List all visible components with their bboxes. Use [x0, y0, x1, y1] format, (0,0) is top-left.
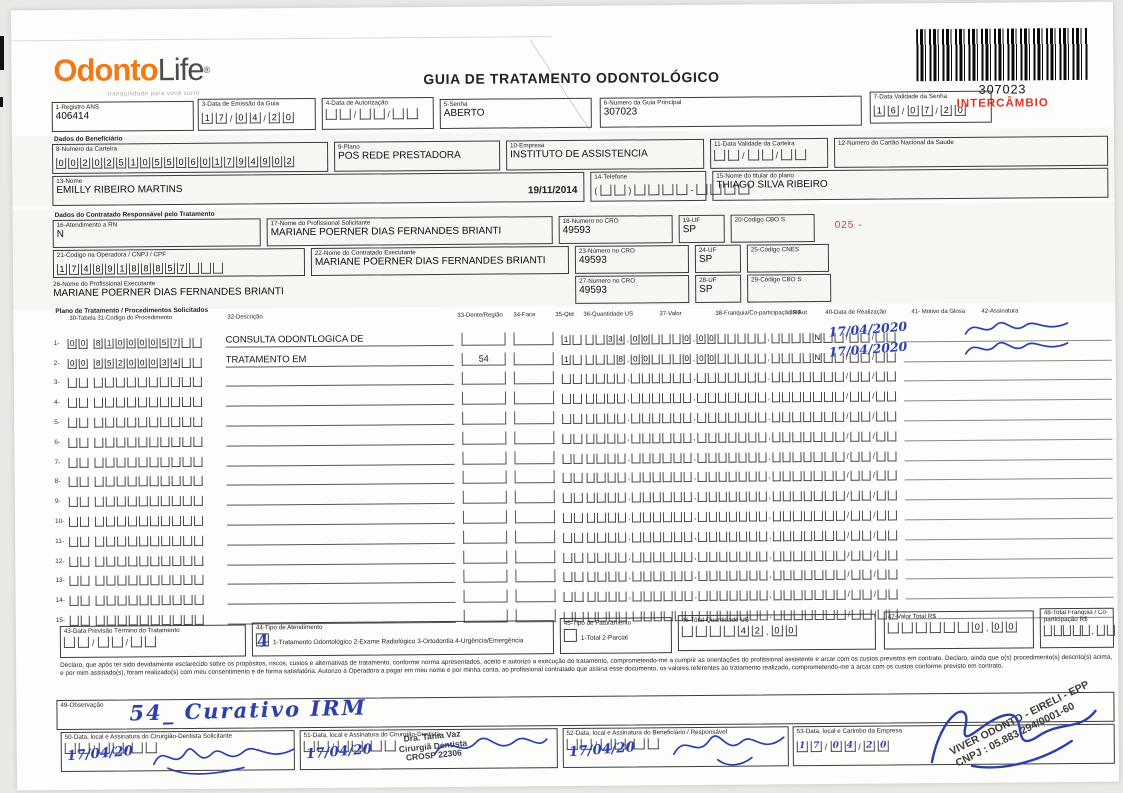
field-numero-guia-principal: 6-Numero da Guia Principal 307023 [600, 96, 862, 128]
field-total-quantidade-us: 46-Total Quantidade US 42,00 [678, 614, 876, 652]
col-data-realizacao: 40-Data de Realização [825, 309, 886, 315]
field-label: 44-Tipo de Atendimento [256, 622, 550, 631]
field-cro-solicitante: 18-Numero no CRO 49593 [559, 215, 673, 244]
logo-tagline: tranquilidade para você sorrir [108, 91, 201, 98]
aut-boxes [792, 372, 824, 382]
aut-boxes [793, 511, 825, 521]
field-total-franquia: 48-Total Franquia / Co-participação R$ , [1040, 608, 1114, 649]
franquia-boxes: , [718, 392, 792, 403]
field-senha: 5-Senha ABERTO [440, 98, 592, 129]
valor-boxes: , [653, 551, 719, 562]
field-assinatura-solicitante: 50-Data, local e Assinatura do Cirurgião… [61, 730, 295, 772]
field-value: MARIANE POERNER DIAS FERNANDES BRIANTI [271, 225, 549, 239]
data-realizacao-boxes: // [824, 431, 904, 442]
quantidade-us-boxes: , [587, 572, 653, 583]
scanned-form-page: OdontoLife® tranquilidade para você sorr… [11, 2, 1119, 791]
franquia-boxes: , [719, 531, 793, 542]
quantidade-us-boxes: , [587, 492, 653, 503]
field-codigo-operadora: 21-Codigo na Operadora / CNPJ / CPF 1748… [53, 248, 305, 278]
franquia-boxes: , [719, 551, 793, 562]
face-cell [515, 569, 555, 582]
valor-boxes: , [653, 472, 719, 483]
field-numero-carteira: 8-Numero da Carteira 0020251055060179490… [52, 142, 328, 174]
data-realizacao-boxes: // [824, 372, 904, 383]
face-cell [515, 470, 555, 483]
tabela-boxes [69, 477, 95, 487]
franquia-boxes: , [718, 353, 792, 364]
field-validade-carteira: 11-Data Validade da Carteira // [710, 138, 828, 169]
scan-edge-mark [0, 97, 3, 107]
quantidade-us-boxes: , [588, 591, 654, 602]
franquia-boxes: , [719, 511, 793, 522]
tabela-boxes [69, 576, 95, 586]
tabela-boxes [70, 596, 96, 606]
qtd-boxes: 1 [562, 354, 586, 364]
field-tipo-atendimento: 44-Tipo de Atendimento 1-Tratamento Odon… [252, 620, 554, 656]
valor-boxes: , [652, 393, 718, 404]
data-realizacao-boxes: // [824, 411, 904, 422]
odontolife-logo: OdontoLife® [53, 55, 210, 92]
qtd-boxes [562, 394, 586, 404]
quantidade-us-boxes: , [587, 473, 653, 484]
row-number: 6 [54, 437, 68, 448]
aut-boxes [792, 432, 824, 442]
field-label: 46-Total Quantidade US [682, 616, 872, 624]
scan-edge-mark [0, 36, 4, 70]
handwritten-observacao: 54_ Curativo IRM [129, 694, 367, 725]
row-number: 11 [55, 536, 69, 547]
qtd-boxes: 1 [562, 335, 586, 345]
tabela-boxes [68, 457, 94, 467]
quantidade-us-boxes: 8,00 [586, 354, 652, 365]
aut-boxes: N [792, 333, 824, 343]
tipo-faturamento-options: 1-Total 2-Parcial [581, 635, 628, 642]
face-cell [515, 490, 555, 503]
franquia-boxes: , [720, 590, 794, 601]
aut-boxes [793, 551, 825, 561]
field-label: 48-Total Franquia / Co-participação R$ [1044, 610, 1110, 624]
quantidade-us-boxes: , [587, 552, 653, 563]
face-cell [514, 411, 554, 424]
row-number: 1 [54, 338, 68, 349]
aut-boxes [793, 471, 825, 481]
valor-boxes: , [652, 373, 718, 384]
digit-boxes: 00202510550601794902 [56, 156, 296, 169]
field-label: 45-Tipo de Faturamento [564, 619, 668, 627]
tabela-boxes [68, 378, 94, 388]
dente-cell: 54 [462, 352, 506, 365]
franquia-boxes: , [719, 571, 793, 582]
valor-boxes: , [653, 492, 719, 503]
total-us-boxes: 42,00 [682, 625, 800, 637]
field-plano: 9-Plano POS REDE PRESTADORA [334, 141, 500, 172]
field-label: 12-Numero do Cartão Nacional da Saude [838, 138, 1104, 147]
aut-boxes [792, 412, 824, 422]
data-realizacao-boxes: // [825, 570, 905, 581]
field-label: 3-Data de Emissão da Guia [202, 100, 312, 108]
field-value: 307023 [604, 105, 858, 119]
valor-boxes: 0,00 [652, 353, 718, 364]
dente-cell [463, 570, 507, 583]
data-realizacao-boxes: // [825, 471, 905, 482]
aut-boxes [794, 590, 826, 600]
data-realizacao-boxes: // [825, 491, 905, 502]
qtd-boxes [563, 572, 587, 582]
field-value: 406414 [56, 110, 190, 123]
row-number: 13 [55, 575, 69, 586]
quantidade-us-boxes: , [586, 394, 652, 405]
field-cbo-solicitante: 20-Código CBO S [731, 214, 815, 243]
row-number: 8 [55, 476, 69, 487]
section-contratado: Dados do Contratado Responsável pelo Tra… [55, 211, 215, 219]
quantidade-us-boxes: , [586, 433, 652, 444]
dente-cell [463, 550, 507, 563]
row-number: 9 [55, 496, 69, 507]
field-uf-executante-contratado: 24-UF SP [695, 245, 741, 273]
dente-cell [461, 332, 505, 345]
tabela-boxes [68, 418, 94, 428]
field-value: POS REDE PRESTADORA [338, 150, 496, 163]
row-number: 5 [54, 417, 68, 428]
field-value: THIAGO SILVA RIBEIRO [716, 177, 1104, 192]
franquia-boxes: , [718, 373, 792, 384]
col-descricao: 32-Descrição [227, 314, 262, 320]
field-cro-executante: 27-Numero no CRO 49593 [575, 275, 689, 304]
qtd-boxes [562, 434, 586, 444]
signature-scribble [431, 729, 551, 764]
field-label: 7-Data Validade da Senha [874, 93, 988, 101]
valor-boxes: , [652, 452, 718, 463]
row-number: 4 [54, 397, 68, 408]
field-value: MARIANE POERNER DIAS FERNANDES BRIANTI [315, 255, 565, 269]
face-cell [515, 530, 555, 543]
aut-boxes [793, 491, 825, 501]
field-profissional-executante: 26-Nome do Profissional Executante MARIA… [53, 276, 569, 308]
qtd-boxes [562, 414, 586, 424]
field-cro-executante-contratado: 23-Número no CRO 49593 [575, 245, 689, 274]
signature-scribble [668, 725, 788, 770]
row-number: 3 [54, 377, 68, 388]
face-cell [514, 451, 554, 464]
total-franquia-boxes: , [1044, 625, 1116, 637]
field-contratado-executante: 22-Nome do Contratado Executante MARIANE… [311, 246, 569, 276]
field-value: SP [699, 284, 737, 296]
dente-cell [464, 590, 508, 603]
field-carimbo-empresa: 53-Data, local e Carimbo da Empresa 17/0… [793, 724, 1115, 767]
qtd-boxes [563, 552, 587, 562]
field-registro-ans: 1-Registro ANS 406414 [52, 101, 194, 132]
date-boxes: // [64, 636, 159, 648]
field-label: 21-Codigo na Operadora / CNPJ / CPF [57, 250, 301, 259]
field-telefone: 14-Telefone ()- [590, 171, 706, 202]
field-value: ABERTO [444, 107, 588, 120]
tabela-boxes: 00 [68, 358, 94, 368]
tipo-atendimento-options: 1-Tratamento Odontológico 2-Exame Radiol… [273, 637, 524, 646]
franquia-boxes: , [718, 333, 792, 344]
digit-boxes: 17489188857 [57, 263, 225, 275]
row-number: 12 [55, 555, 69, 566]
col-motivo-glosa: 41- Motivo da Glosa [911, 309, 965, 315]
beneficiario-data: 19/11/2014 [528, 185, 578, 196]
col-tabela: 30-Tabela [69, 316, 95, 322]
form-title: GUIA DE TRATAMENTO ODONTOLÓGICO [331, 68, 811, 88]
valor-boxes: , [652, 413, 718, 424]
field-validade-senha: 7-Data Validade da Senha 16/07/20 [870, 91, 992, 124]
dente-cell [463, 491, 507, 504]
field-cartao-nacional-saude: 12-Numero do Cartão Nacional da Saude [834, 136, 1108, 168]
barcode [916, 28, 1088, 81]
field-label: 14-Telefone [594, 173, 702, 181]
field-label: 4-Data de Autorização [326, 99, 430, 107]
data-realizacao-boxes: // [825, 530, 905, 541]
field-empresa: 10-Empresa INSTITUTO DE ASSISTENCIA [506, 139, 704, 171]
tabela-boxes [69, 517, 95, 527]
quantidade-us-boxes: , [586, 374, 652, 385]
section-beneficiario: Dados do Beneficiário [54, 135, 123, 143]
franquia-boxes: , [718, 432, 792, 443]
date-boxes: 16/07/20 [874, 105, 969, 117]
qtd-boxes [563, 473, 587, 483]
red-handstamp-code: 025 - [835, 220, 863, 231]
face-cell [513, 332, 553, 345]
aut-boxes: N [792, 353, 824, 363]
procedure-rows: 1 00 81000057 CONSULTA ODONTLOGICA DE 1 … [53, 321, 1113, 626]
tabela-boxes [68, 398, 94, 408]
col-dente-regiao: 33-Dente/Região [457, 312, 502, 318]
col-valor: 37-Valor [659, 311, 681, 317]
qtd-boxes [563, 493, 587, 503]
field-value: INSTITUTO DE ASSISTENCIA [510, 148, 700, 161]
field-cbo-executante: 29-Código CBO S [747, 274, 831, 303]
field-titular-plano: 15-Nome do titular do plano THIAGO SILVA… [712, 168, 1108, 201]
tabela-boxes [68, 437, 94, 447]
scan-paper-edge [11, 36, 551, 41]
tipo-faturamento-box [564, 629, 577, 642]
field-previsao-termino: 43-Data Previsão Término do Tratamento /… [60, 625, 246, 658]
date-boxes: // [326, 108, 421, 120]
row-number: 7 [54, 456, 68, 467]
qtd-boxes [564, 592, 588, 602]
field-atendimento-rn: 16-Atendimento a RN N [53, 218, 261, 248]
quantidade-us-boxes: , [586, 413, 652, 424]
row-number: 10 [55, 516, 69, 527]
aut-boxes [793, 531, 825, 541]
field-data-emissao: 3-Data de Emissão da Guia 17/04/20 [198, 98, 316, 131]
field-value: SP [683, 224, 721, 236]
field-value: 49593 [579, 254, 685, 267]
dente-cell [463, 530, 507, 543]
quantidade-us-boxes: , [587, 512, 653, 523]
qtd-boxes [562, 453, 586, 463]
field-label: 47-Valor Total R$ [888, 612, 1030, 620]
tabela-boxes [70, 616, 96, 626]
dente-cell [462, 411, 506, 424]
field-label: 25-Código CNES [751, 246, 825, 254]
quantidade-us-boxes: , [587, 532, 653, 543]
date-boxes-handwritten: 17/04/20 [797, 740, 892, 752]
tabela-boxes: 00 [68, 338, 94, 348]
valor-total-boxes: 0,00 [888, 621, 1020, 633]
franquia-boxes: , [718, 452, 792, 463]
col-franquia: 38-Franquia/Co-participação R$ [715, 310, 800, 317]
qtd-boxes [563, 533, 587, 543]
aut-boxes [792, 392, 824, 402]
data-realizacao-boxes: // [825, 510, 905, 521]
field-label: 43-Data Previsão Término do Tratamento [64, 627, 242, 635]
field-label: 29-Código CBO S [751, 276, 827, 284]
date-boxes: 17/04/20 [202, 112, 297, 124]
field-label: 11-Data Validade da Carteira [714, 140, 824, 148]
field-profissional-solicitante: 17-Nome do Profissional Solicitante MARI… [267, 216, 553, 246]
row-number: 2 [54, 357, 68, 368]
valor-boxes: , [652, 433, 718, 444]
field-cnes: 25-Código CNES [747, 244, 829, 273]
tabela-boxes [69, 497, 95, 507]
face-cell [514, 431, 554, 444]
dente-cell [463, 510, 507, 523]
date-boxes: // [714, 149, 809, 161]
signature-flourish [911, 691, 1102, 776]
field-value: SP [699, 254, 737, 266]
section-plano-tratamento: Plano de Tratamento / Procedimentos Soli… [55, 307, 208, 315]
face-cell [515, 510, 555, 523]
quantidade-us-boxes: , [586, 453, 652, 464]
dente-cell [462, 431, 506, 444]
field-assinatura-dentista: 51-Data, local e Assinatura do Cirurgião… [300, 728, 558, 770]
quantidade-us-boxes: 34,00 [586, 334, 652, 345]
logo-life: Life [157, 52, 203, 87]
valor-boxes: , [653, 571, 719, 582]
franquia-boxes: , [718, 412, 792, 423]
row-number: 15 [56, 615, 70, 626]
field-valor-total: 47-Valor Total R$ 0,00 [884, 610, 1034, 649]
col-face: 34-Face [513, 312, 535, 318]
col-aut: 39-Aut [789, 310, 807, 316]
field-tipo-faturamento: 45-Tipo de Faturamento 1-Total 2-Parcial [560, 617, 672, 654]
field-data-autorizacao: 4-Data de Autorização // [322, 97, 434, 130]
franquia-boxes: , [719, 472, 793, 483]
franquia-boxes: , [719, 491, 793, 502]
face-cell [514, 352, 554, 365]
data-realizacao-boxes: // [824, 392, 904, 403]
dente-cell [462, 372, 506, 385]
field-label: 20-Código CBO S [735, 216, 811, 224]
data-realizacao-boxes: // [825, 550, 905, 561]
col-assinatura: 42-Assinatura [981, 308, 1018, 314]
face-cell [514, 371, 554, 384]
dente-cell [463, 471, 507, 484]
valor-boxes: , [653, 512, 719, 523]
tabela-boxes [69, 556, 95, 566]
aut-boxes [793, 570, 825, 580]
aut-boxes [792, 452, 824, 462]
registered-mark: ® [204, 65, 211, 75]
field-uf-executante: 28-UF SP [695, 275, 741, 303]
col-quantidade-us: 36-Quantidade US [583, 311, 633, 317]
col-codigo: 31-Codigo do Procedimento [97, 315, 172, 322]
data-realizacao-boxes: // [826, 589, 906, 600]
qtd-boxes [562, 374, 586, 384]
face-cell [516, 589, 556, 602]
signature-scribble [148, 737, 298, 778]
face-cell [515, 550, 555, 563]
tabela-boxes [69, 536, 95, 546]
field-value: 49593 [563, 224, 669, 237]
valor-boxes: , [654, 591, 720, 602]
qtd-boxes [563, 513, 587, 523]
row-number: 14 [56, 595, 70, 606]
field-value: 49593 [579, 284, 685, 297]
valor-boxes: , [653, 532, 719, 543]
logo-odonto: Odonto [53, 52, 157, 88]
field-label: 8-Numero da Carteira [56, 144, 324, 153]
field-nome-beneficiario: 13-Nome EMILLY RIBEIRO MARTINS 19/11/201… [52, 172, 584, 206]
dente-cell [462, 392, 506, 405]
face-cell [514, 391, 554, 404]
data-realizacao-boxes: // [824, 451, 904, 462]
procedures-table: 30-Tabela 31-Codigo do Procedimento 32-D… [53, 308, 1111, 316]
valor-boxes: 0,00 [652, 334, 718, 345]
dente-cell [462, 451, 506, 464]
field-uf-solicitante: 19-UF SP [679, 215, 725, 243]
col-qtd: 35-Qtd [555, 312, 573, 318]
field-assinatura-beneficiario: 52-Data, local e Assinatura do Beneficiá… [563, 726, 789, 768]
field-value: N [57, 227, 257, 241]
declaration-text: Declaro, que após ter sido devidamente e… [60, 654, 1112, 679]
signature-scribble [962, 335, 1072, 362]
